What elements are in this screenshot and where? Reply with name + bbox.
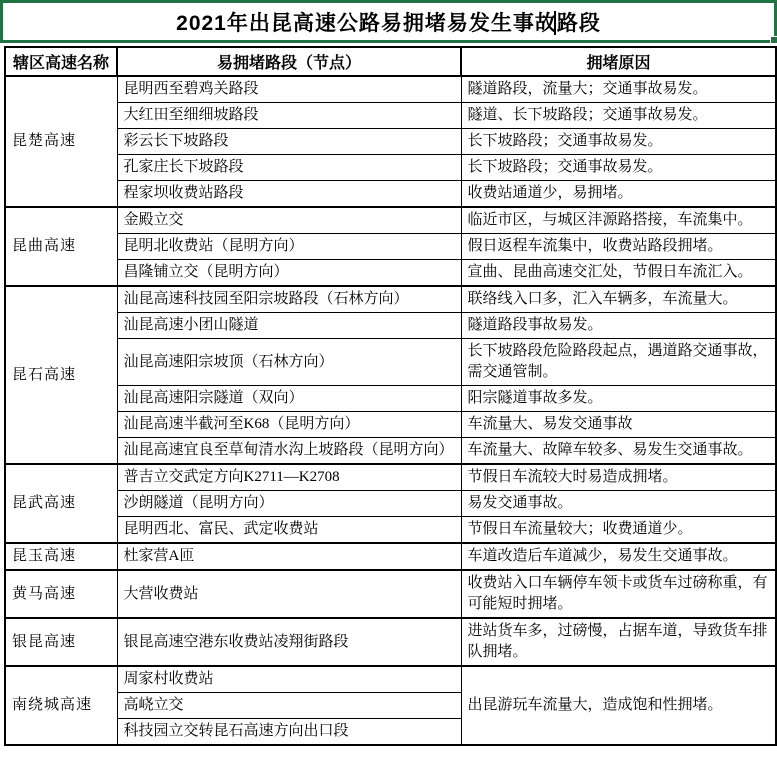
- congestion-reason-cell[interactable]: 易发交通事故。: [461, 491, 776, 517]
- table-row: 汕昆高速阳宗隧道（双向）阳宗隧道事故多发。: [5, 386, 776, 412]
- congestion-reason-cell[interactable]: 宣曲、昆曲高速交汇处，节假日车流汇入。: [461, 260, 776, 287]
- highway-name-cell[interactable]: 银昆高速: [5, 618, 117, 666]
- congestion-reason-cell[interactable]: 临近市区，与城区沣源路搭接，车流集中。: [461, 207, 776, 234]
- header-congestion-reason[interactable]: 拥堵原因: [461, 47, 776, 76]
- table-row: 大红田至细细坡路段隧道、长下坡路段；交通事故易发。: [5, 103, 776, 129]
- congestion-section-cell[interactable]: 彩云长下坡路段: [117, 129, 461, 155]
- table-row: 昌隆铺立交（昆明方向）宣曲、昆曲高速交汇处，节假日车流汇入。: [5, 260, 776, 287]
- table-row: 昆石高速汕昆高速科技园至阳宗坡路段（石林方向）联络线入口多，汇入车辆多，车流量大…: [5, 286, 776, 313]
- highway-name-cell[interactable]: 昆石高速: [5, 286, 117, 464]
- congestion-section-cell[interactable]: 昆明西至碧鸡关路段: [117, 76, 461, 103]
- congestion-section-cell[interactable]: 孔家庄长下坡路段: [117, 155, 461, 181]
- text-cursor: [554, 11, 556, 35]
- header-congestion-section[interactable]: 易拥堵路段（节点）: [117, 47, 461, 76]
- selection-fill-handle[interactable]: [770, 36, 777, 44]
- table-row: 汕昆高速半截河至K68（昆明方向）车流量大、易发交通事故: [5, 412, 776, 438]
- highway-name-cell[interactable]: 昆武高速: [5, 464, 117, 543]
- congestion-section-cell[interactable]: 汕昆高速阳宗隧道（双向）: [117, 386, 461, 412]
- table-row: 彩云长下坡路段长下坡路段；交通事故易发。: [5, 129, 776, 155]
- congestion-reason-cell[interactable]: 进站货车多，过磅慢，占据车道，导致货车排队拥堵。: [461, 618, 776, 666]
- page-title: 2021年出昆高速公路易拥堵易发生事故路段: [176, 7, 601, 37]
- congestion-reason-cell[interactable]: 隧道路段事故易发。: [461, 313, 776, 339]
- congestion-reason-cell[interactable]: 车流量大、易发交通事故: [461, 412, 776, 438]
- highway-name-cell[interactable]: 昆曲高速: [5, 207, 117, 286]
- highway-name-cell[interactable]: 昆楚高速: [5, 76, 117, 207]
- congestion-reason-cell[interactable]: 收费站入口车辆停车领卡或货车过磅称重，有可能短时拥堵。: [461, 570, 776, 618]
- table-row: 昆楚高速昆明西至碧鸡关路段隧道路段，流量大；交通事故易发。: [5, 76, 776, 103]
- table-row: 汕昆高速阳宗坡顶（石林方向）长下坡路段危险路段起点，遇道路交通事故，需交通管制。: [5, 339, 776, 386]
- congestion-reason-cell[interactable]: 长下坡路段；交通事故易发。: [461, 155, 776, 181]
- title-cell[interactable]: 2021年出昆高速公路易拥堵易发生事故路段: [0, 0, 777, 43]
- table-row: 昆曲高速金殿立交临近市区，与城区沣源路搭接，车流集中。: [5, 207, 776, 234]
- highway-name-cell[interactable]: 南绕城高速: [5, 666, 117, 745]
- table-row: 昆武高速普吉立交武定方向K2711—K2708节假日车流较大时易造成拥堵。: [5, 464, 776, 491]
- congestion-reason-cell[interactable]: 节假日车流量较大；收费通道少。: [461, 517, 776, 544]
- table-row: 沙朗隧道（昆明方向）易发交通事故。: [5, 491, 776, 517]
- table-row: 南绕城高速周家村收费站出昆游玩车流量大，造成饱和性拥堵。: [5, 666, 776, 693]
- congestion-reason-cell[interactable]: 车道改造后车道减少，易发生交通事故。: [461, 543, 776, 570]
- congestion-section-cell[interactable]: 昆明西北、富民、武定收费站: [117, 517, 461, 544]
- congestion-reason-cell[interactable]: 隧道路段，流量大；交通事故易发。: [461, 76, 776, 103]
- congestion-reason-cell[interactable]: 长下坡路段；交通事故易发。: [461, 129, 776, 155]
- congestion-section-cell[interactable]: 银昆高速空港东收费站凌翔街路段: [117, 618, 461, 666]
- table-row: 汕昆高速宜良至草甸清水沟上坡路段（昆明方向）车流量大、故障车较多、易发生交通事故…: [5, 438, 776, 465]
- table-row: 黄马高速大营收费站收费站入口车辆停车领卡或货车过磅称重，有可能短时拥堵。: [5, 570, 776, 618]
- congestion-section-cell[interactable]: 昆明北收费站（昆明方向）: [117, 234, 461, 260]
- congestion-section-cell[interactable]: 汕昆高速半截河至K68（昆明方向）: [117, 412, 461, 438]
- congestion-section-cell[interactable]: 科技园立交转昆石高速方向出口段: [117, 719, 461, 746]
- congestion-reason-cell[interactable]: 收费站通道少，易拥堵。: [461, 181, 776, 208]
- table-row: 汕昆高速小团山隧道隧道路段事故易发。: [5, 313, 776, 339]
- table-row: 昆明西北、富民、武定收费站节假日车流量较大；收费通道少。: [5, 517, 776, 544]
- congestion-reason-cell[interactable]: 阳宗隧道事故多发。: [461, 386, 776, 412]
- congestion-section-cell[interactable]: 汕昆高速科技园至阳宗坡路段（石林方向）: [117, 286, 461, 313]
- table-row: 孔家庄长下坡路段长下坡路段；交通事故易发。: [5, 155, 776, 181]
- congestion-section-cell[interactable]: 昌隆铺立交（昆明方向）: [117, 260, 461, 287]
- congestion-section-cell[interactable]: 大营收费站: [117, 570, 461, 618]
- congestion-section-cell[interactable]: 沙朗隧道（昆明方向）: [117, 491, 461, 517]
- header-highway-name[interactable]: 辖区高速名称: [5, 47, 117, 76]
- table-header: 辖区高速名称 易拥堵路段（节点） 拥堵原因: [5, 47, 776, 76]
- congestion-section-cell[interactable]: 金殿立交: [117, 207, 461, 234]
- congestion-table: 辖区高速名称 易拥堵路段（节点） 拥堵原因 昆楚高速昆明西至碧鸡关路段隧道路段，…: [4, 46, 777, 746]
- congestion-reason-cell[interactable]: 假日返程车流集中，收费站路段拥堵。: [461, 234, 776, 260]
- congestion-reason-cell[interactable]: 节假日车流较大时易造成拥堵。: [461, 464, 776, 491]
- congestion-section-cell[interactable]: 普吉立交武定方向K2711—K2708: [117, 464, 461, 491]
- congestion-section-cell[interactable]: 大红田至细细坡路段: [117, 103, 461, 129]
- congestion-section-cell[interactable]: 周家村收费站: [117, 666, 461, 693]
- congestion-reason-cell[interactable]: 联络线入口多，汇入车辆多，车流量大。: [461, 286, 776, 313]
- header-row: 辖区高速名称 易拥堵路段（节点） 拥堵原因: [5, 47, 776, 76]
- highway-name-cell[interactable]: 黄马高速: [5, 570, 117, 618]
- congestion-section-cell[interactable]: 杜家营A匝: [117, 543, 461, 570]
- table-row: 程家坝收费站路段收费站通道少，易拥堵。: [5, 181, 776, 208]
- congestion-reason-cell[interactable]: 隧道、长下坡路段；交通事故易发。: [461, 103, 776, 129]
- table-row: 银昆高速银昆高速空港东收费站凌翔街路段进站货车多，过磅慢，占据车道，导致货车排队…: [5, 618, 776, 666]
- table-row: 昆明北收费站（昆明方向）假日返程车流集中，收费站路段拥堵。: [5, 234, 776, 260]
- congestion-section-cell[interactable]: 高峣立交: [117, 693, 461, 719]
- congestion-section-cell[interactable]: 程家坝收费站路段: [117, 181, 461, 208]
- congestion-section-cell[interactable]: 汕昆高速小团山隧道: [117, 313, 461, 339]
- table-row: 昆玉高速杜家营A匝车道改造后车道减少，易发生交通事故。: [5, 543, 776, 570]
- congestion-reason-cell[interactable]: 出昆游玩车流量大，造成饱和性拥堵。: [461, 666, 776, 745]
- highway-name-cell[interactable]: 昆玉高速: [5, 543, 117, 570]
- congestion-section-cell[interactable]: 汕昆高速宜良至草甸清水沟上坡路段（昆明方向）: [117, 438, 461, 465]
- table-body: 昆楚高速昆明西至碧鸡关路段隧道路段，流量大；交通事故易发。大红田至细细坡路段隧道…: [5, 76, 776, 745]
- congestion-section-cell[interactable]: 汕昆高速阳宗坡顶（石林方向）: [117, 339, 461, 386]
- congestion-reason-cell[interactable]: 长下坡路段危险路段起点，遇道路交通事故，需交通管制。: [461, 339, 776, 386]
- congestion-reason-cell[interactable]: 车流量大、故障车较多、易发生交通事故。: [461, 438, 776, 465]
